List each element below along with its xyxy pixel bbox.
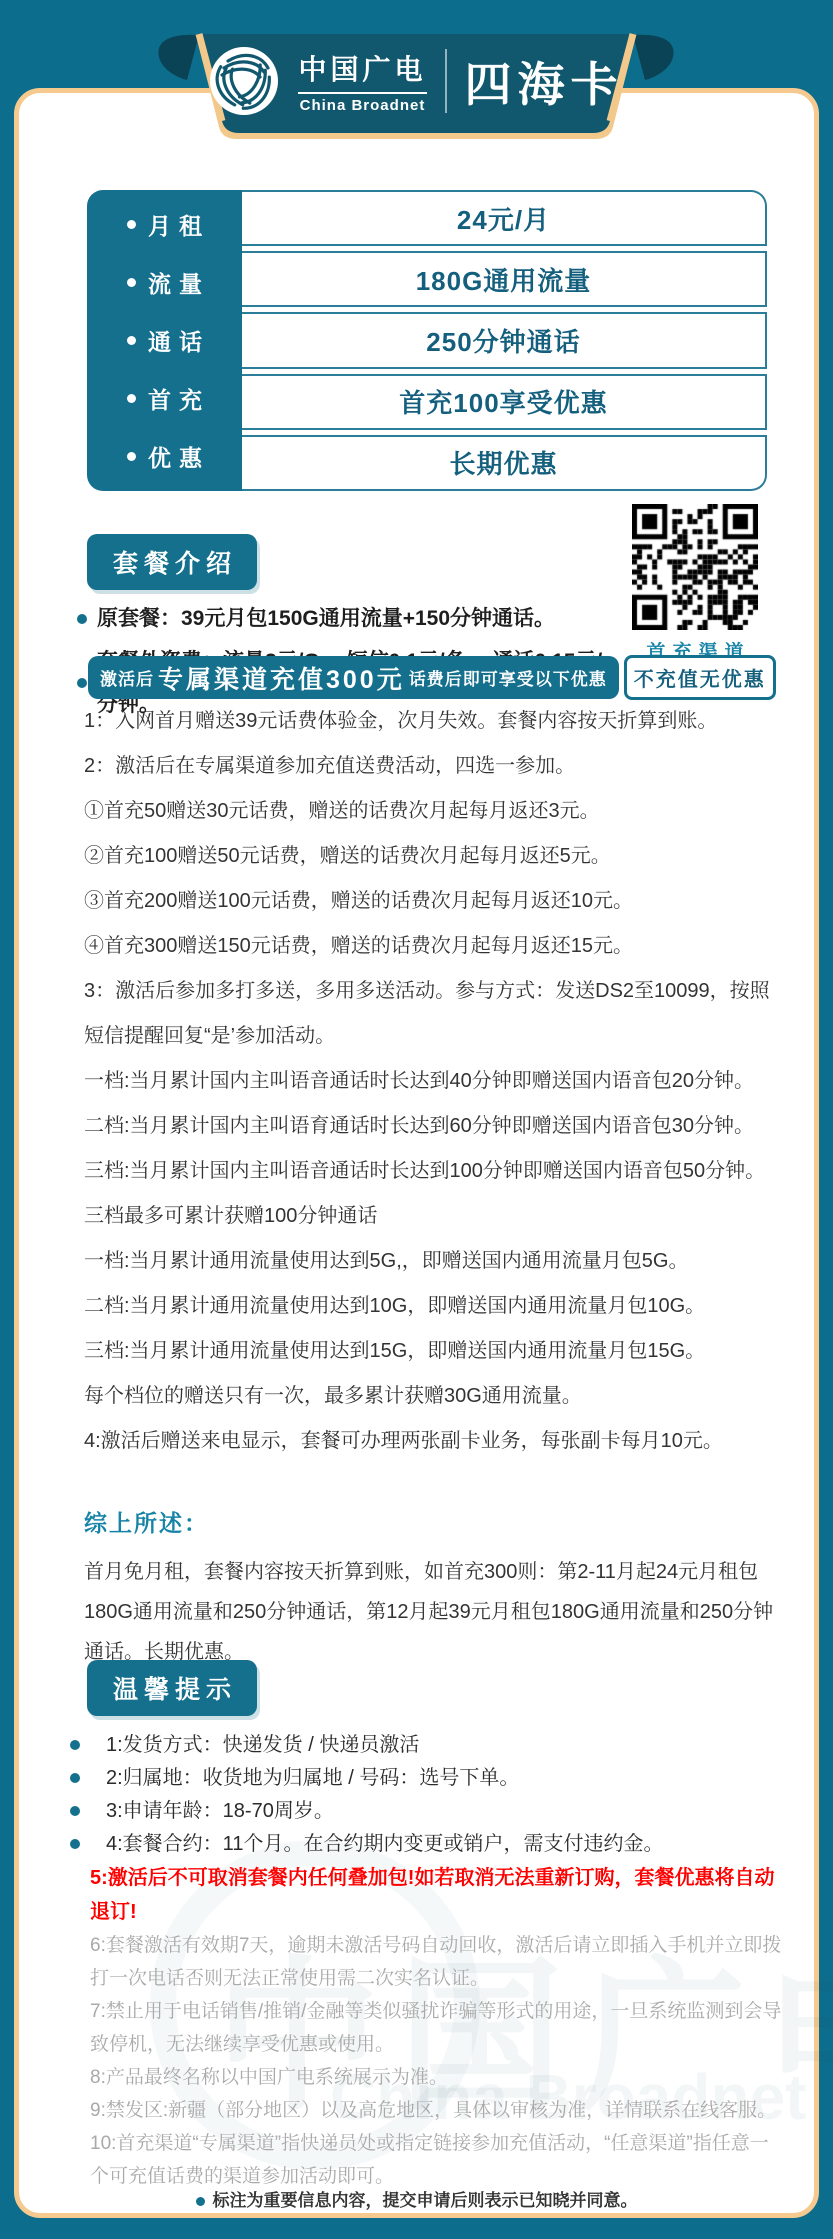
- term-line: 3：激活后参加多打多送，多用多送活动。参与方式：发送DS2至10099，按照短信…: [84, 969, 776, 1059]
- term-line: ③首充200赠送100元话费，赠送的话费次月起每月返还10元。: [84, 879, 776, 924]
- term-line: 一档:当月累计国内主叫语音通话时长达到40分钟即赠送国内语音包20分钟。: [84, 1059, 776, 1104]
- table-row-label: 流量: [87, 254, 242, 312]
- term-line: 二档:当月累计国内主叫语育通话时长达到60分钟即赠送国内语音包30分钟。: [84, 1104, 776, 1149]
- summary-section: 综上所述： 首月免月租，套餐内容按天折算到账，如首充300则：第2-11月起24…: [84, 1505, 784, 1672]
- brand-name-cn: 中国广电: [298, 48, 426, 94]
- bullet-dot-icon: [70, 1740, 80, 1750]
- activation-offer-row: 激活后 专属渠道充值300元 话费后即可享受以下优惠 不充值无优惠: [88, 655, 776, 700]
- footer-note: 标注为重要信息内容，提交申请后则表示已知晓并同意。: [0, 2186, 833, 2211]
- fine-print: 6:套餐激活有效期7天，逾期未激活号码自动回收，激活后请立即插入手机并立即拨打一…: [70, 1929, 786, 2193]
- activation-offer-bar: 激活后 专属渠道充值300元 话费后即可享受以下优惠: [88, 656, 619, 699]
- banner-divider: [445, 49, 447, 113]
- bullet-dot-icon: [127, 220, 136, 229]
- fine-print-line: 8:产品最终名称以中国广电系统展示为准。: [70, 2061, 786, 2094]
- fine-print-line: 7:禁止用于电话销售/推销/金融等类似骚扰诈骗等形式的用途，一旦系统监测到会导致…: [70, 1995, 786, 2061]
- term-line: 1：入网首月赠送39元话费体验金，次月失效。套餐内容按天折算到账。: [84, 699, 776, 744]
- table-row-value: 180G通用流量: [242, 251, 767, 307]
- term-line: ④首充300赠送150元话费，赠送的话费次月起每月返还15元。: [84, 924, 776, 969]
- list-item: 原套餐：39元月包150G通用流量+150分钟通话。: [77, 597, 622, 640]
- plan-table-values: 24元/月 180G通用流量 250分钟通话 首充100享受优惠 长期优惠: [242, 190, 767, 491]
- term-line: 每个档位的赠送只有一次，最多累计获赠30G通用流量。: [84, 1374, 776, 1419]
- term-line: ②首充100赠送50元话费，赠送的话费次月起每月返还5元。: [84, 834, 776, 879]
- summary-text: 首月免月租，套餐内容按天折算到账，如首充300则：第2-11月起24元月租包18…: [84, 1552, 784, 1672]
- bullet-dot-icon: [127, 336, 136, 345]
- bullet-dot-icon: [127, 452, 136, 461]
- activation-prefix: 激活后: [100, 665, 154, 690]
- page-title: 四海卡: [465, 48, 624, 115]
- bullet-dot-icon: [77, 614, 87, 624]
- banner-content: 中国广电 China Broadnet 四海卡: [161, 33, 671, 129]
- promo-page: { "header": { "brand_cn": "中国广电", "brand…: [0, 0, 833, 2239]
- table-row-value: 24元/月: [242, 190, 767, 246]
- tips-section: 1:发货方式：快递发货 / 快递员激活 2:归属地：收货地为归属地 / 号码：选…: [70, 1729, 786, 2193]
- tip-warning: 5:激活后不可取消套餐内任何叠加包!如若取消无法重新订购，套餐优惠将自动退订!: [70, 1861, 786, 1929]
- qr-block: 首充渠道: [632, 504, 758, 664]
- bullet-dot-icon: [70, 1839, 80, 1849]
- tip-item: 4:套餐合约：11个月。在合约期内变更或销户，需支付违约金。: [70, 1828, 786, 1861]
- package-terms: 1：入网首月赠送39元话费体验金，次月失效。套餐内容按天折算到账。 2：激活后在…: [84, 699, 776, 1464]
- term-line: 2：激活后在专属渠道参加充值送费活动，四选一参加。: [84, 744, 776, 789]
- fine-print-line: 6:套餐激活有效期7天，逾期未激活号码自动回收，激活后请立即插入手机并立即拨打一…: [70, 1929, 786, 1995]
- tips-heading: 温馨提示: [87, 1660, 257, 1716]
- plan-table: 月租 流量 通话 首充 优惠 24元/月 180G通用流量 250分钟通话 首充…: [87, 190, 767, 491]
- activation-suffix: 话费后即可享受以下优惠: [409, 665, 607, 690]
- brand-text: 中国广电 China Broadnet: [298, 48, 426, 114]
- tip-item: 1:发货方式：快递发货 / 快递员激活: [70, 1729, 786, 1762]
- table-row-label: 首充: [87, 369, 242, 427]
- table-row-value: 首充100享受优惠: [242, 374, 767, 430]
- qr-code[interactable]: [632, 504, 758, 630]
- term-line: 三档:当月累计通用流量使用达到15G，即赠送国内通用流量月包15G。: [84, 1329, 776, 1374]
- header-banner: 中国广电 China Broadnet 四海卡: [121, 33, 711, 139]
- fine-print-line: 10:首充渠道“专属渠道”指快递员处或指定链接参加充值活动，“任意渠道”指任意一…: [70, 2127, 786, 2193]
- china-broadnet-logo-icon: [208, 45, 280, 117]
- plan-table-labels: 月租 流量 通话 首充 优惠: [87, 190, 242, 491]
- fine-print-line: 9:禁发区:新疆（部分地区）以及高危地区，具体以审核为准，详情联系在线客服。: [70, 2094, 786, 2127]
- brand-name-en: China Broadnet: [298, 97, 426, 114]
- term-line: 三档:当月累计国内主叫语音通话时长达到100分钟即赠送国内语音包50分钟。: [84, 1149, 776, 1194]
- table-row-label: 月租: [87, 196, 242, 254]
- tip-item: 3:申请年龄：18-70周岁。: [70, 1795, 786, 1828]
- summary-title: 综上所述：: [84, 1505, 784, 1538]
- bullet-dot-icon: [77, 678, 87, 688]
- table-row-value: 长期优惠: [242, 435, 767, 491]
- term-line: 三档最多可累计获赠100分钟通话: [84, 1194, 776, 1239]
- term-line: 一档:当月累计通用流量使用达到5G,，即赠送国内通用流量月包5G。: [84, 1239, 776, 1284]
- term-line: 4:激活后赠送来电显示，套餐可办理两张副卡业务，每张副卡每月10元。: [84, 1419, 776, 1464]
- bullet-dot-icon: [127, 394, 136, 403]
- package-intro-heading: 套餐介绍: [87, 534, 257, 590]
- tip-item: 2:归属地：收货地为归属地 / 号码：选号下单。: [70, 1762, 786, 1795]
- term-line: ①首充50赠送30元话费，赠送的话费次月起每月返还3元。: [84, 789, 776, 834]
- no-topup-note: 不充值无优惠: [624, 655, 776, 700]
- term-line: 二档:当月累计通用流量使用达到10G，即赠送国内通用流量月包10G。: [84, 1284, 776, 1329]
- bullet-dot-icon: [70, 1773, 80, 1783]
- bullet-dot-icon: [196, 2197, 205, 2206]
- bullet-dot-icon: [70, 1806, 80, 1816]
- table-row-value: 250分钟通话: [242, 312, 767, 368]
- table-row-label: 通话: [87, 312, 242, 370]
- table-row-label: 优惠: [87, 427, 242, 485]
- bullet-dot-icon: [127, 278, 136, 287]
- activation-highlight: 专属渠道充值300元: [158, 660, 405, 696]
